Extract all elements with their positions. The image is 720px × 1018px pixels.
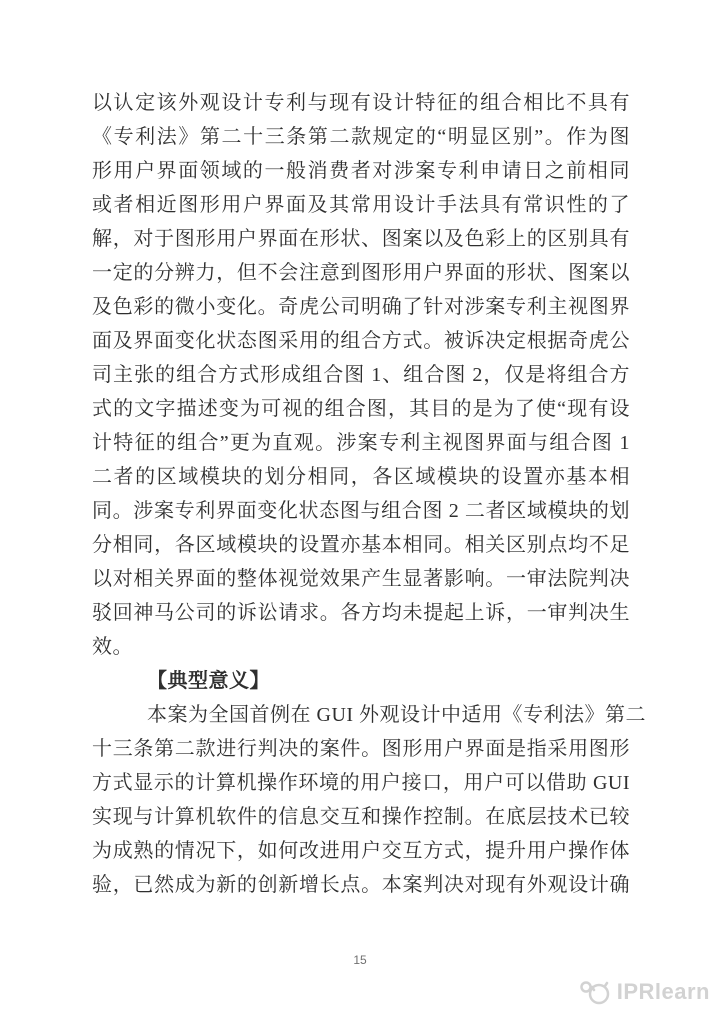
text-line: 计特征的组合”更为直观。涉案专利主视图界面与组合图 1 <box>92 426 630 460</box>
text-line: 一定的分辨力，但不会注意到图形用户界面的形状、图案以 <box>92 256 630 290</box>
text-line: 式的文字描述变为可视的组合图，其目的是为了使“现有设 <box>92 392 630 426</box>
brand-name: IPRlearn <box>617 979 710 1005</box>
text-line: 方式显示的计算机操作环境的用户接口，用户可以借助 GUI <box>92 766 630 800</box>
text-line: 以认定该外观设计专利与现有设计特征的组合相比不具有 <box>92 86 630 120</box>
document-page: 以认定该外观设计专利与现有设计特征的组合相比不具有 《专利法》第二十三条第二款规… <box>0 0 720 1018</box>
text-line: 面及界面变化状态图采用的组合方式。被诉决定根据奇虎公 <box>92 324 630 358</box>
text-line: 本案为全国首例在 GUI 外观设计中适用《专利法》第二 <box>92 698 630 732</box>
text-line: 验，已然成为新的创新增长点。本案判决对现有外观设计确 <box>92 868 630 902</box>
section-heading: 【典型意义】 <box>92 664 630 698</box>
text-line: 同。涉案专利界面变化状态图与组合图 2 二者区域模块的划 <box>92 494 630 528</box>
text-line: 十三条第二款进行判决的案件。图形用户界面是指采用图形 <box>92 732 630 766</box>
text-line: 为成熟的情况下，如何改进用户交互方式，提升用户操作体 <box>92 834 630 868</box>
text-line: 解，对于图形用户界面在形状、图案以及色彩上的区别具有 <box>92 222 630 256</box>
text-line: 形用户界面领域的一般消费者对涉案专利申请日之前相同 <box>92 154 630 188</box>
iprlearn-logo-icon <box>578 978 612 1006</box>
text-line: 司主张的组合方式形成组合图 1、组合图 2，仅是将组合方 <box>92 358 630 392</box>
text-line: 二者的区域模块的划分相同，各区域模块的设置亦基本相 <box>92 460 630 494</box>
text-line: 《专利法》第二十三条第二款规定的“明显区别”。作为图 <box>92 120 630 154</box>
text-line: 及色彩的微小变化。奇虎公司明确了针对涉案专利主视图界 <box>92 290 630 324</box>
text-line: 驳回神马公司的诉讼请求。各方均未提起上诉，一审判决生 <box>92 596 630 630</box>
text-line: 实现与计算机软件的信息交互和操作控制。在底层技术已较 <box>92 800 630 834</box>
text-line: 或者相近图形用户界面及其常用设计手法具有常识性的了 <box>92 188 630 222</box>
article-body: 以认定该外观设计专利与现有设计特征的组合相比不具有 《专利法》第二十三条第二款规… <box>92 86 630 902</box>
text-line: 分相同，各区域模块的设置亦基本相同。相关区别点均不足 <box>92 528 630 562</box>
text-line: 以对相关界面的整体视觉效果产生显著影响。一审法院判决 <box>92 562 630 596</box>
page-number: 15 <box>0 953 720 967</box>
brand-watermark: IPRlearn <box>578 978 710 1006</box>
text-line: 效。 <box>92 630 630 664</box>
